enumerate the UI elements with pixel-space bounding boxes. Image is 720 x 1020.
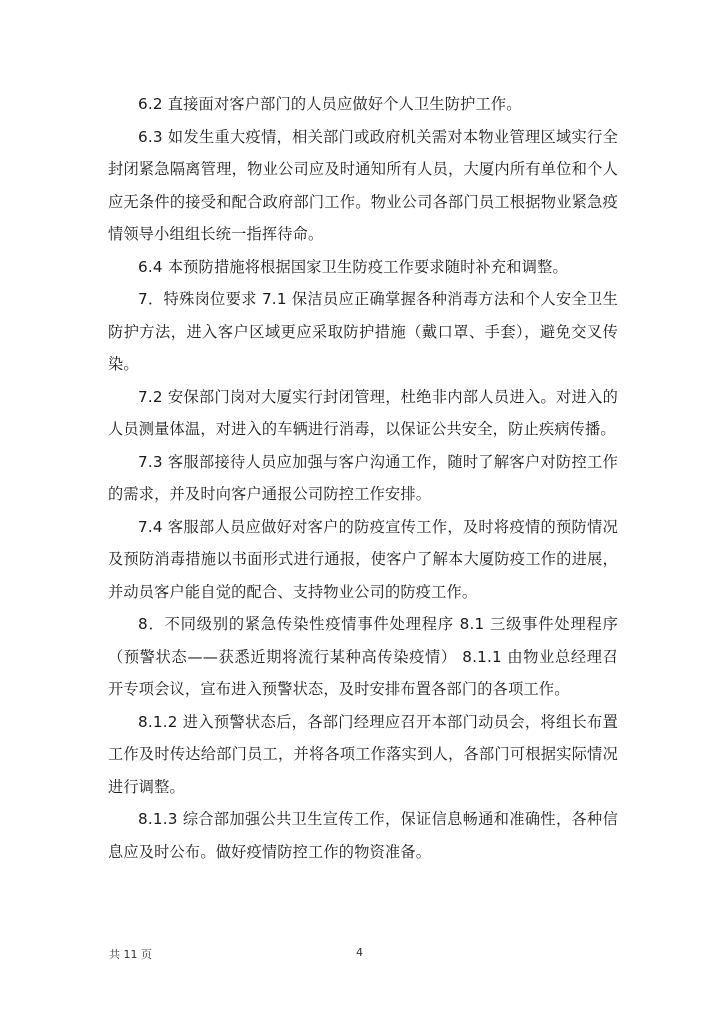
paragraph-6-2: 6.2 直接面对客户部门的人员应做好个人卫生防护工作。 xyxy=(108,88,618,121)
paragraph-8-1-2: 8.1.2 进入预警状态后，各部门经理应召开本部门动员会，将组长布置工作及时传达… xyxy=(108,706,618,804)
paragraph-7-3: 7.3 客服部接待人员应加强与客户沟通工作，随时了解客户对防控工作的需求，并及时… xyxy=(108,446,618,511)
document-body: 6.2 直接面对客户部门的人员应做好个人卫生防护工作。 6.3 如发生重大疫情，… xyxy=(108,88,618,868)
paragraph-8-1-3: 8.1.3 综合部加强公共卫生宣传工作，保证信息畅通和准确性，各种信息应及时公布… xyxy=(108,803,618,868)
paragraph-6-4: 6.4 本预防措施将根据国家卫生防疫工作要求随时补充和调整。 xyxy=(108,251,618,284)
paragraph-6-3: 6.3 如发生重大疫情，相关部门或政府机关需对本物业管理区域实行全封闭紧急隔离管… xyxy=(108,121,618,251)
paragraph-8-1: 8．不同级别的紧急传染性疫情事件处理程序 8.1 三级事件处理程序（预警状态——… xyxy=(108,608,618,706)
document-page: 6.2 直接面对客户部门的人员应做好个人卫生防护工作。 6.3 如发生重大疫情，… xyxy=(0,0,720,1020)
paragraph-7-1: 7．特殊岗位要求 7.1 保洁员应正确掌握各种消毒方法和个人安全卫生防护方法，进… xyxy=(108,283,618,381)
paragraph-7-2: 7.2 安保部门岗对大厦实行封闭管理，杜绝非内部人员进入。对进入的人员测量体温，… xyxy=(108,381,618,446)
footer-page-number: 4 xyxy=(356,946,363,959)
footer-total-pages: 共 11 页 xyxy=(109,946,152,962)
paragraph-7-4: 7.4 客服部人员应做好对客户的防疫宣传工作，及时将疫情的预防情况及预防消毒措施… xyxy=(108,511,618,609)
